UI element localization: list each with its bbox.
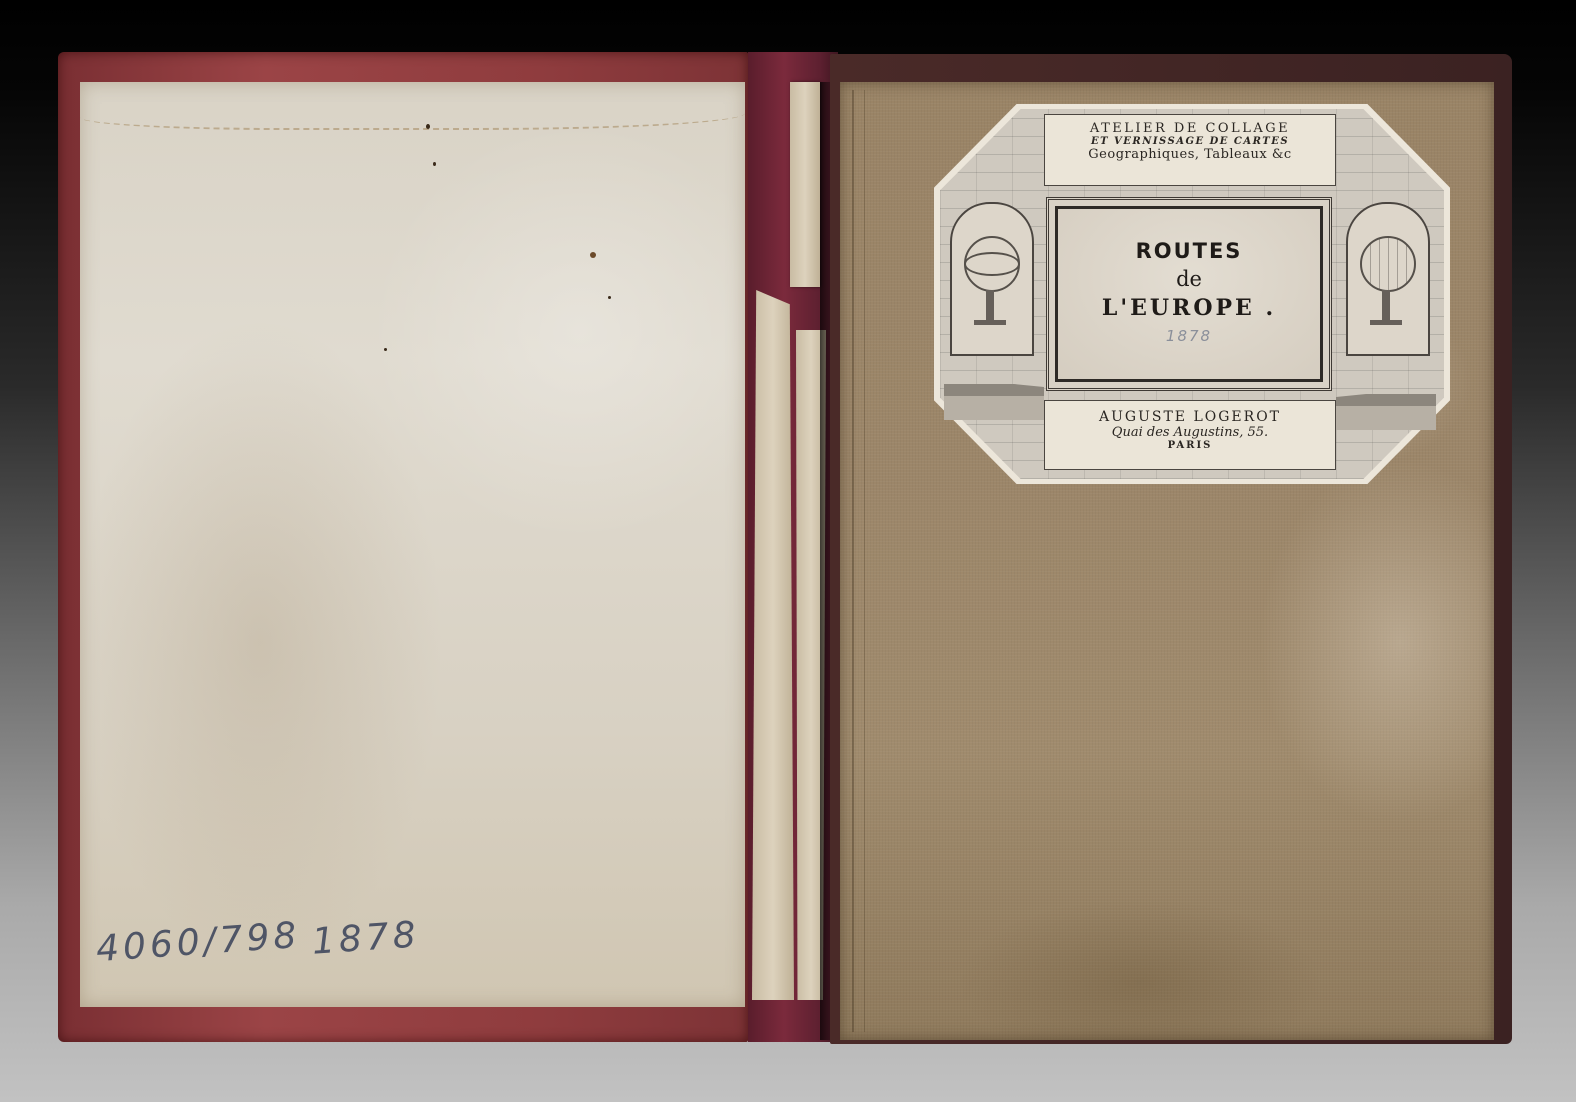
label-atelier-text: ATELIER DE COLLAGE xyxy=(1045,121,1335,136)
label-title-frame: ROUTES de L'EUROPE . 1878 xyxy=(1046,197,1332,391)
torn-hinge-paper xyxy=(752,290,794,1000)
cover-edge-line xyxy=(852,90,865,1032)
label-vernissage-text: ET VERNISSAGE DE CARTES xyxy=(1045,136,1335,147)
foxing-spot xyxy=(590,252,596,258)
title-de: de xyxy=(1058,267,1320,291)
label-geographiques-text: Geographiques, Tableaux &c xyxy=(1045,147,1335,162)
label-top-banner: ATELIER DE COLLAGE ET VERNISSAGE DE CART… xyxy=(1044,114,1336,186)
armillary-sphere-icon xyxy=(950,202,1034,356)
pencil-year-note: 1878 xyxy=(1058,327,1320,345)
year-handwriting: 1878 xyxy=(311,914,421,962)
label-title-box: ROUTES de L'EUROPE . 1878 xyxy=(1055,206,1323,382)
foxing-spot xyxy=(433,162,436,166)
foxing-spot xyxy=(384,348,387,351)
hinge-paper-strip xyxy=(790,82,820,287)
publisher-address: Quai des Augustins, 55. xyxy=(1045,425,1335,440)
foxing-spot xyxy=(426,124,430,129)
title-routes: ROUTES xyxy=(1058,239,1320,263)
publisher-city: PARIS xyxy=(1045,440,1335,451)
publisher-name: AUGUSTE LOGEROT xyxy=(1045,409,1335,425)
water-stain xyxy=(80,88,745,130)
terrestrial-globe-icon xyxy=(1346,202,1430,356)
pastedown-page xyxy=(80,82,745,1007)
label-bottom-banner: AUGUSTE LOGEROT Quai des Augustins, 55. … xyxy=(1044,400,1336,470)
title-europe: L'EUROPE . xyxy=(1058,295,1320,321)
foxing-spot xyxy=(608,296,611,299)
